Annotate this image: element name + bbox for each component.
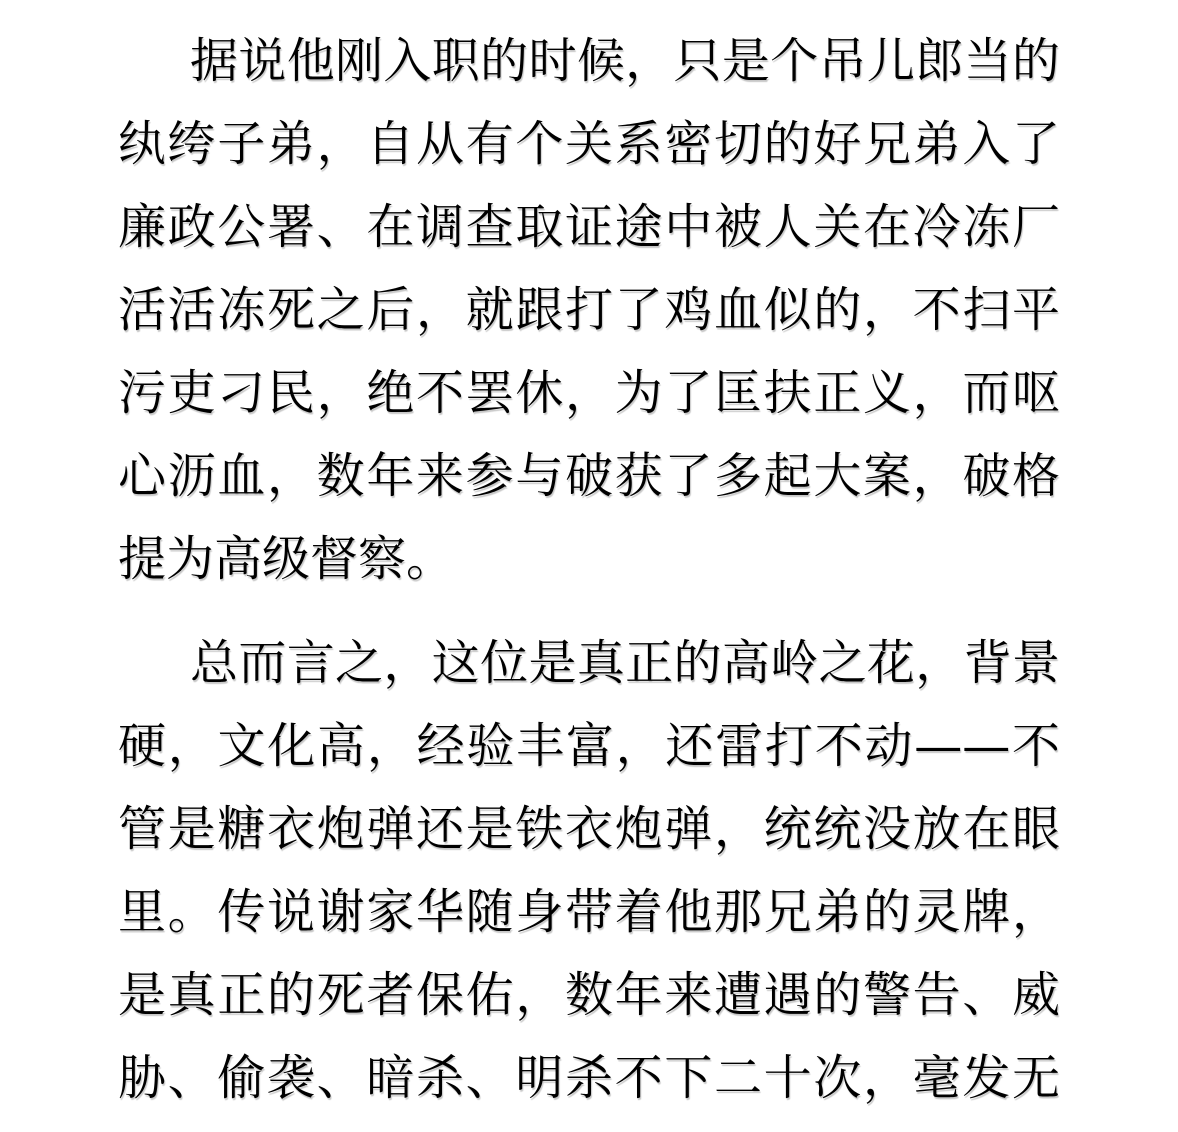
text-line: 硬，文化高，经验丰富，还雷打不动——不 [118, 705, 1060, 788]
text-line: 活活冻死之后，就跟打了鸡血似的，不扫平 [118, 269, 1060, 352]
text-line: 总而言之，这位是真正的高岭之花，背景 [118, 622, 1060, 705]
text-line: 据说他刚入职的时候，只是个吊儿郎当的 [118, 20, 1060, 103]
text-line: 管是糖衣炮弹还是铁衣炮弹，统统没放在眼 [118, 788, 1060, 871]
text-line: 胁、偷袭、暗杀、明杀不下二十次，毫发无 [118, 1037, 1060, 1120]
text-line: 污吏刁民，绝不罢休，为了匡扶正义，而呕 [118, 352, 1060, 435]
text-line: 提为高级督察。 [118, 518, 1060, 601]
text-line: 廉政公署、在调查取证途中被人关在冷冻厂 [118, 186, 1060, 269]
paragraph-2: 总而言之，这位是真正的高岭之花，背景 硬，文化高，经验丰富，还雷打不动——不 管… [118, 622, 1060, 1120]
paragraph-1: 据说他刚入职的时候，只是个吊儿郎当的 纨绔子弟，自从有个关系密切的好兄弟入了 廉… [118, 20, 1060, 601]
text-line: 纨绔子弟，自从有个关系密切的好兄弟入了 [118, 103, 1060, 186]
text-line: 里。传说谢家华随身带着他那兄弟的灵牌， [118, 871, 1060, 954]
ebook-page: 据说他刚入职的时候，只是个吊儿郎当的 纨绔子弟，自从有个关系密切的好兄弟入了 廉… [0, 0, 1178, 1132]
text-line: 是真正的死者保佑，数年来遭遇的警告、威 [118, 954, 1060, 1037]
text-line: 心沥血，数年来参与破获了多起大案，破格 [118, 435, 1060, 518]
